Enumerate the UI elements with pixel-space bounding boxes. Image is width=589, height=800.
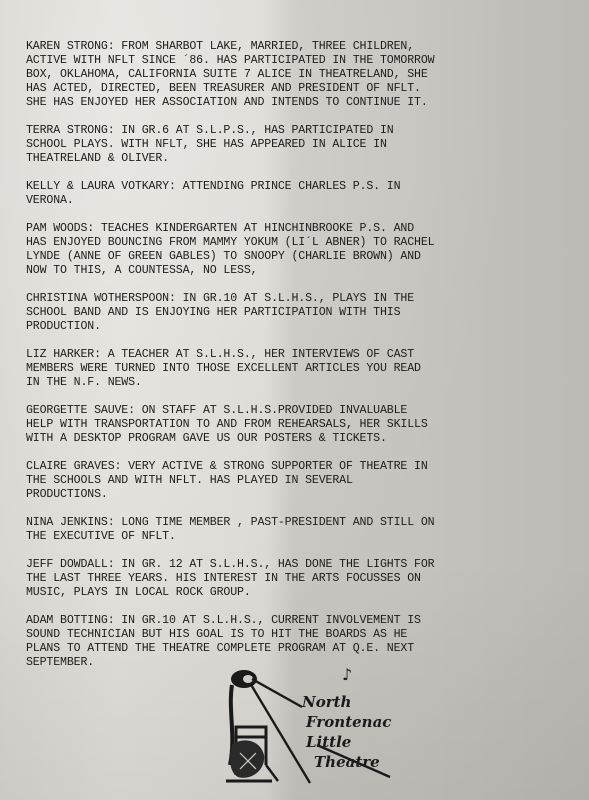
bio-line: ADAM BOTTING: IN GR.10 AT S.L.H.S., CURR…: [26, 614, 526, 628]
music-note-icon: ♪: [342, 667, 352, 682]
bio-line: PRODUCTIONS.: [26, 488, 526, 502]
bio-line: WITH A DESKTOP PROGRAM GAVE US OUR POSTE…: [26, 432, 526, 446]
bio-line: HAS ENJOYED BOUNCING FROM MAMMY YOKUM (L…: [26, 236, 526, 250]
bio-line: IN THE N.F. NEWS.: [26, 376, 526, 390]
bio-line: SCHOOL PLAYS. WITH NFLT, SHE HAS APPEARE…: [26, 138, 526, 152]
bio-line: CHRISTINA WOTHERSPOON: IN GR.10 AT S.L.H…: [26, 292, 526, 306]
bio-line: SCHOOL BAND AND IS ENJOYING HER PARTICIP…: [26, 306, 526, 320]
bio-line: THE EXECUTIVE OF NFLT.: [26, 530, 526, 544]
bio-entry: CHRISTINA WOTHERSPOON: IN GR.10 AT S.L.H…: [26, 292, 526, 334]
bio-line: HAS ACTED, DIRECTED, BEEN TREASURER AND …: [26, 82, 526, 96]
bio-line: LYNDE (ANNE OF GREEN GABLES) TO SNOOPY (…: [26, 250, 526, 264]
bio-line: SOUND TECHNICIAN BUT HIS GOAL IS TO HIT …: [26, 628, 526, 642]
bio-line: MUSIC, PLAYS IN LOCAL ROCK GROUP.: [26, 586, 526, 600]
bio-line: TERRA STRONG: IN GR.6 AT S.L.P.S., HAS P…: [26, 124, 526, 138]
bio-line: CLAIRE GRAVES: VERY ACTIVE & STRONG SUPP…: [26, 460, 526, 474]
nflt-logo: ♪ North Frontenac Little Theatre: [222, 665, 402, 790]
bio-line: THEATRELAND & OLIVER.: [26, 152, 526, 166]
bio-entry: GEORGETTE SAUVE: ON STAFF AT S.L.H.S.PRO…: [26, 404, 526, 446]
bio-entry: KAREN STRONG: FROM SHARBOT LAKE, MARRIED…: [26, 40, 526, 110]
cast-bios-document: KAREN STRONG: FROM SHARBOT LAKE, MARRIED…: [26, 40, 526, 684]
bio-line: NINA JENKINS: LONG TIME MEMBER , PAST-PR…: [26, 516, 526, 530]
bio-line: JEFF DOWDALL: IN GR. 12 AT S.L.H.S., HAS…: [26, 558, 526, 572]
bio-line: THE SCHOOLS AND WITH NFLT. HAS PLAYED IN…: [26, 474, 526, 488]
bio-entry: NINA JENKINS: LONG TIME MEMBER , PAST-PR…: [26, 516, 526, 544]
bio-line: SHE HAS ENJOYED HER ASSOCIATION AND INTE…: [26, 96, 526, 110]
bio-entry: KELLY & LAURA VOTKARY: ATTENDING PRINCE …: [26, 180, 526, 208]
bio-entry: LIZ HARKER: A TEACHER AT S.L.H.S., HER I…: [26, 348, 526, 390]
bio-line: LIZ HARKER: A TEACHER AT S.L.H.S., HER I…: [26, 348, 526, 362]
bio-line: KELLY & LAURA VOTKARY: ATTENDING PRINCE …: [26, 180, 526, 194]
bio-line: PAM WOODS: TEACHES KINDERGARTEN AT HINCH…: [26, 222, 526, 236]
bio-line: KAREN STRONG: FROM SHARBOT LAKE, MARRIED…: [26, 40, 526, 54]
bio-line: ACTIVE WITH NFLT SINCE ´86. HAS PARTICIP…: [26, 54, 526, 68]
bio-line: GEORGETTE SAUVE: ON STAFF AT S.L.H.S.PRO…: [26, 404, 526, 418]
bio-entry: TERRA STRONG: IN GR.6 AT S.L.P.S., HAS P…: [26, 124, 526, 166]
bio-entry: CLAIRE GRAVES: VERY ACTIVE & STRONG SUPP…: [26, 460, 526, 502]
bio-line: PRODUCTION.: [26, 320, 526, 334]
logo-text-little: Little: [306, 735, 351, 750]
logo-text-frontenac: Frontenac: [306, 715, 391, 730]
bio-line: THE LAST THREE YEARS. HIS INTEREST IN TH…: [26, 572, 526, 586]
bio-line: MEMBERS WERE TURNED INTO THOSE EXCELLENT…: [26, 362, 526, 376]
bio-entry: PAM WOODS: TEACHES KINDERGARTEN AT HINCH…: [26, 222, 526, 278]
bio-entry: JEFF DOWDALL: IN GR. 12 AT S.L.H.S., HAS…: [26, 558, 526, 600]
bio-entry: ADAM BOTTING: IN GR.10 AT S.L.H.S., CURR…: [26, 614, 526, 670]
logo-text-north: North: [302, 695, 351, 710]
bio-line: BOX, OKLAHOMA, CALIFORNIA SUITE 7 ALICE …: [26, 68, 526, 82]
bio-line: PLANS TO ATTEND THE THEATRE COMPLETE PRO…: [26, 642, 526, 656]
logo-text-theatre: Theatre: [314, 755, 380, 770]
bio-line: NOW TO THIS, A COUNTESSA, NO LESS,: [26, 264, 526, 278]
bio-line: HELP WITH TRANSPORTATION TO AND FROM REH…: [26, 418, 526, 432]
bio-line: VERONA.: [26, 194, 526, 208]
